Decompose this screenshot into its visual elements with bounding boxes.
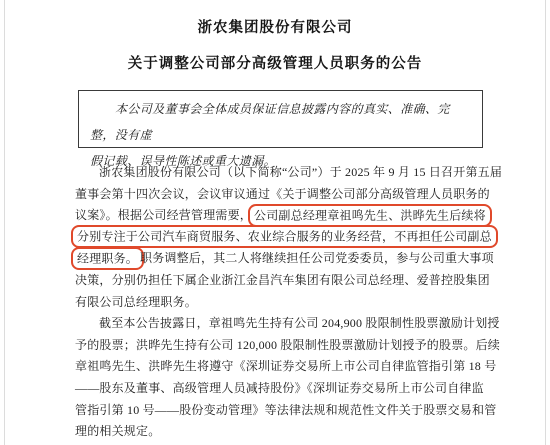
paragraph1-line6: 决策，分别仍担任下属企业浙江金昌汽车集团有限公司总经理、爱普控股集团 [75,270,483,292]
paragraph1-line1: 浙农集团股份有限公司（以下简称“公司”）于 2025 年 9 月 15 日召开第… [75,162,483,184]
paragraph2-line1: 截至本公告披露日，章祖鸣先生持有公司 204,900 股限制性股票激励计划授 [75,313,483,335]
paragraph2-line4: ——股东及董事、高级管理人员减持股份》《深圳证券交易所上市公司自律监 [75,378,483,400]
disclaimer-line: 本公司及董事会全体成员保证信息披露内容的真实、准确、完整，没有虚 [90,96,471,148]
company-name-title: 浙农集团股份有限公司 [0,16,550,37]
red-annotation-box-2: 分别专注于公司汽车商贸服务、农业综合服务的业务经营，不再担任公司副总 [71,225,498,248]
paragraph1-line2: 董事会第十四次会议，会议审议通过《关于调整公司部分高级管理人员职务的 [75,184,483,206]
document-page: 浙农集团股份有限公司 关于调整公司部分高级管理人员职务的公告 本公司及董事会全体… [0,0,550,445]
paragraph2-line3: 章祖鸣先生、洪晔先生将遵守《深圳证券交易所上市公司自律监管指引第 18 号 [75,356,483,378]
announcement-title: 关于调整公司部分高级管理人员职务的公告 [0,52,550,73]
disclaimer-box: 本公司及董事会全体成员保证信息披露内容的真实、准确、完整，没有虚 假记载、误导性… [78,90,483,148]
paragraph1-line3-text: 议案》。根据公司经营管理需要， [75,208,252,222]
body-text: 浙农集团股份有限公司（以下简称“公司”）于 2025 年 9 月 15 日召开第… [75,162,483,443]
paragraph1-line5-text: 职务调整后，其二人将继续担任公司党委委员，参与公司重大事项 [140,251,494,265]
paragraph1-line4: 分别专注于公司汽车商贸服务、农业综合服务的业务经营，不再担任公司副总 [75,227,483,249]
paragraph2-line2: 予的股票；洪晔先生持有公司 120,000 股限制性股票激励计划授予的股票。后续 [75,335,483,357]
red-annotation-box-1: 公司副总经理章祖鸣先生、洪晔先生后续将 [248,204,492,227]
paragraph1-line3: 议案》。根据公司经营管理需要，公司副总经理章祖鸣先生、洪晔先生后续将 [75,205,483,227]
paragraph1-line5: 经理职务。职务调整后，其二人将继续担任公司党委委员，参与公司重大事项 [75,248,483,270]
red-annotation-box-3: 经理职务。 [71,247,144,270]
paragraph1-line7: 有限公司总经理职务。 [75,292,483,314]
paragraph2-line6: 理的相关规定。 [75,421,483,443]
paragraph2-line5: 管指引第 10 号——股份变动管理》等法律法规和规范性文件关于股票交易和管 [75,400,483,422]
